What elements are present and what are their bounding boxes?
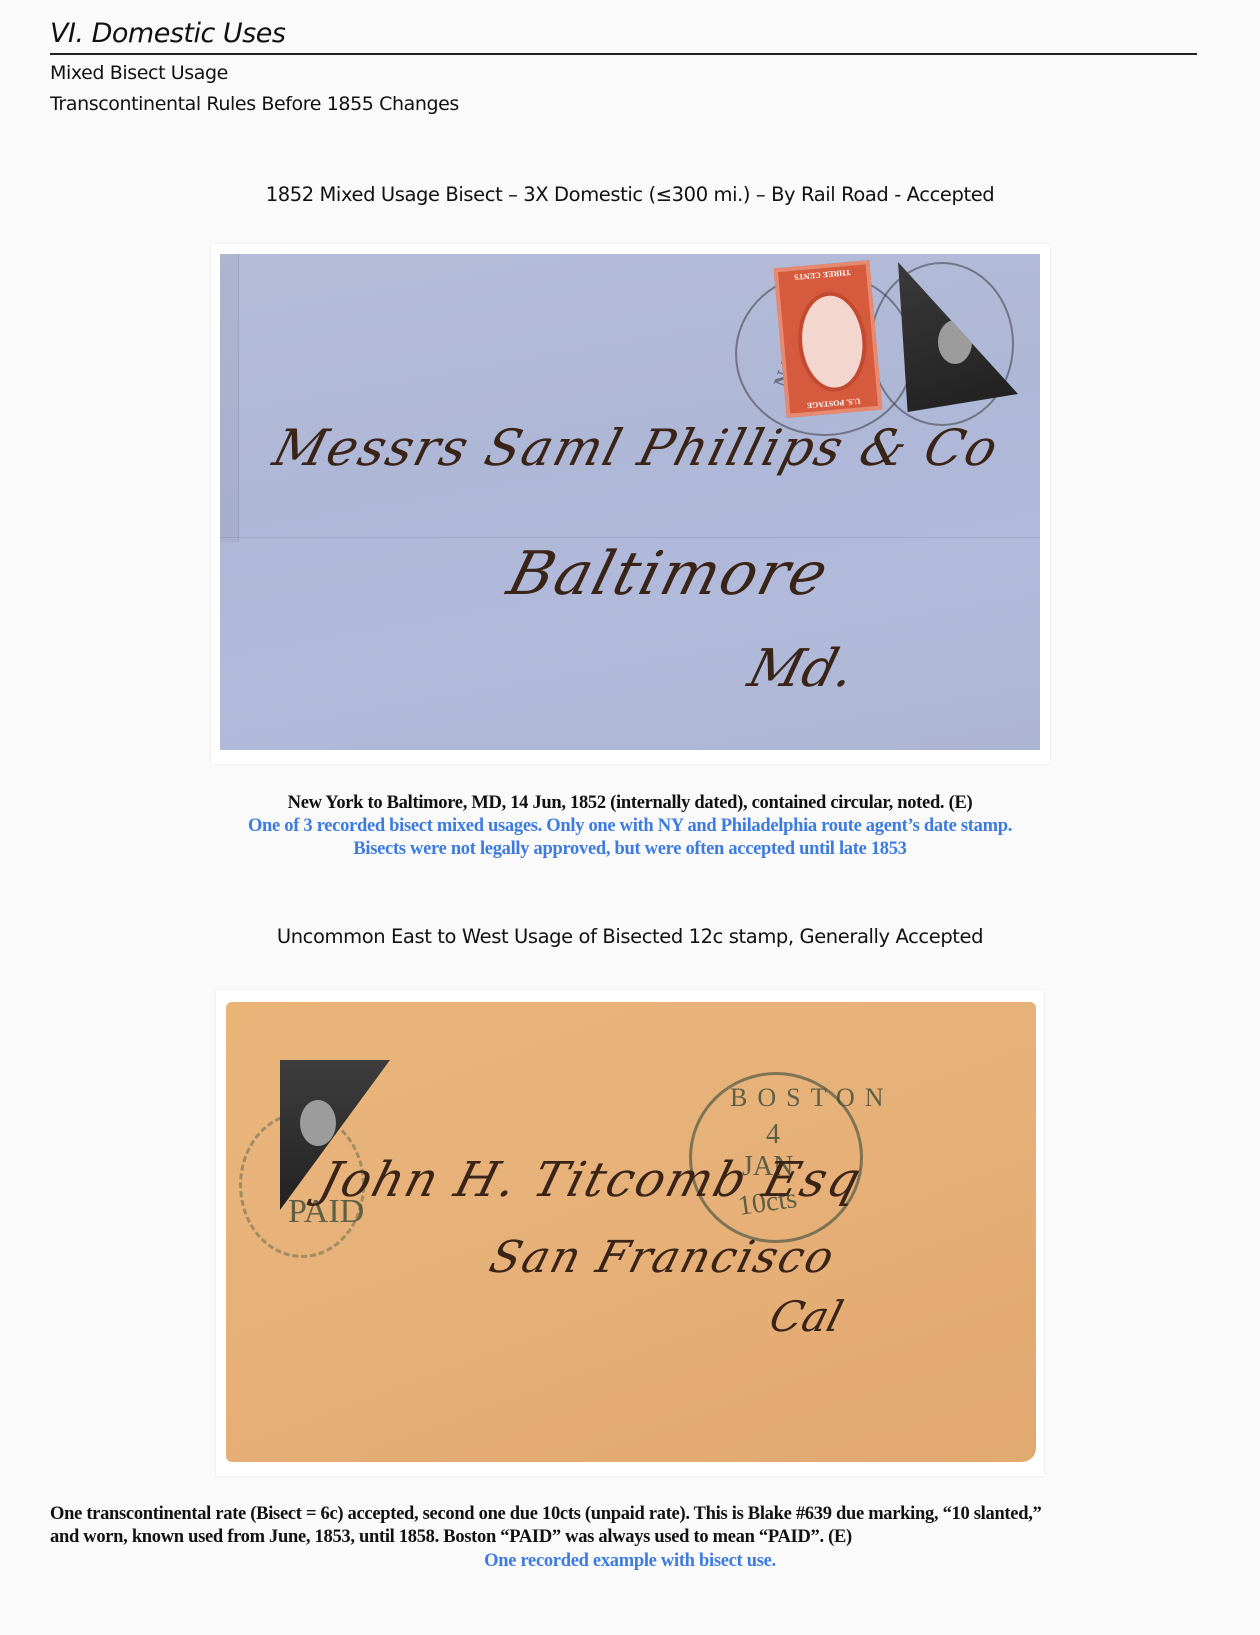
exhibit-1-note-1: One of 3 recorded bisect mixed usages. O… (0, 815, 1260, 838)
subtitle-transcontinental: Transcontinental Rules Before 1855 Chang… (50, 93, 459, 115)
exhibit-1-mount: N.Y. R.R. THREE CENTS U.S. POSTAGE Messr… (211, 244, 1050, 764)
address-line-1: John H. Titcomb Esq (313, 1152, 868, 1208)
section-heading: VI. Domestic Uses (50, 18, 285, 49)
buff-envelope-cover: PAID BOSTON 4 JAN 10cts John H. Titcomb … (226, 1002, 1036, 1462)
exhibit-1-note-2: Bisects were not legally approved, but w… (0, 838, 1260, 861)
address-line-1: Messrs Saml Phillips & Co (267, 419, 1006, 477)
stamp-portrait-oval (794, 289, 870, 395)
three-cent-stamp: THREE CENTS U.S. POSTAGE (774, 260, 883, 418)
exhibit-1-caption: New York to Baltimore, MD, 14 Jun, 1852 … (0, 792, 1260, 815)
cover-fold-line (220, 537, 1040, 538)
address-line-3: Md. (742, 639, 861, 699)
stamp-top-text: THREE CENTS (774, 266, 870, 283)
subtitle-mixed-bisect: Mixed Bisect Usage (50, 62, 228, 84)
postmark-town: BOSTON (730, 1083, 894, 1113)
exhibit-2-caption-1: One transcontinental rate (Bisect = 6c) … (50, 1503, 1041, 1526)
washington-portrait (300, 1100, 336, 1146)
exhibit-1-title: 1852 Mixed Usage Bisect – 3X Domestic (≤… (0, 183, 1260, 206)
exhibit-2-caption-2: and worn, known used from June, 1853, un… (50, 1526, 852, 1549)
address-line-2: Baltimore (501, 539, 837, 609)
blue-folded-letter-cover: N.Y. R.R. THREE CENTS U.S. POSTAGE Messr… (220, 254, 1040, 750)
exhibit-2-title: Uncommon East to West Usage of Bisected … (0, 925, 1260, 948)
exhibit-2-mount: PAID BOSTON 4 JAN 10cts John H. Titcomb … (216, 990, 1044, 1476)
address-line-2: San Francisco (484, 1232, 841, 1283)
cover-fold (220, 254, 239, 542)
postmark-day: 4 (766, 1119, 780, 1151)
stamp-bottom-text: U.S. POSTAGE (785, 395, 881, 412)
exhibit-2-note: One recorded example with bisect use. (0, 1550, 1260, 1573)
address-line-3: Cal (764, 1292, 848, 1341)
heading-underline (50, 53, 1197, 55)
